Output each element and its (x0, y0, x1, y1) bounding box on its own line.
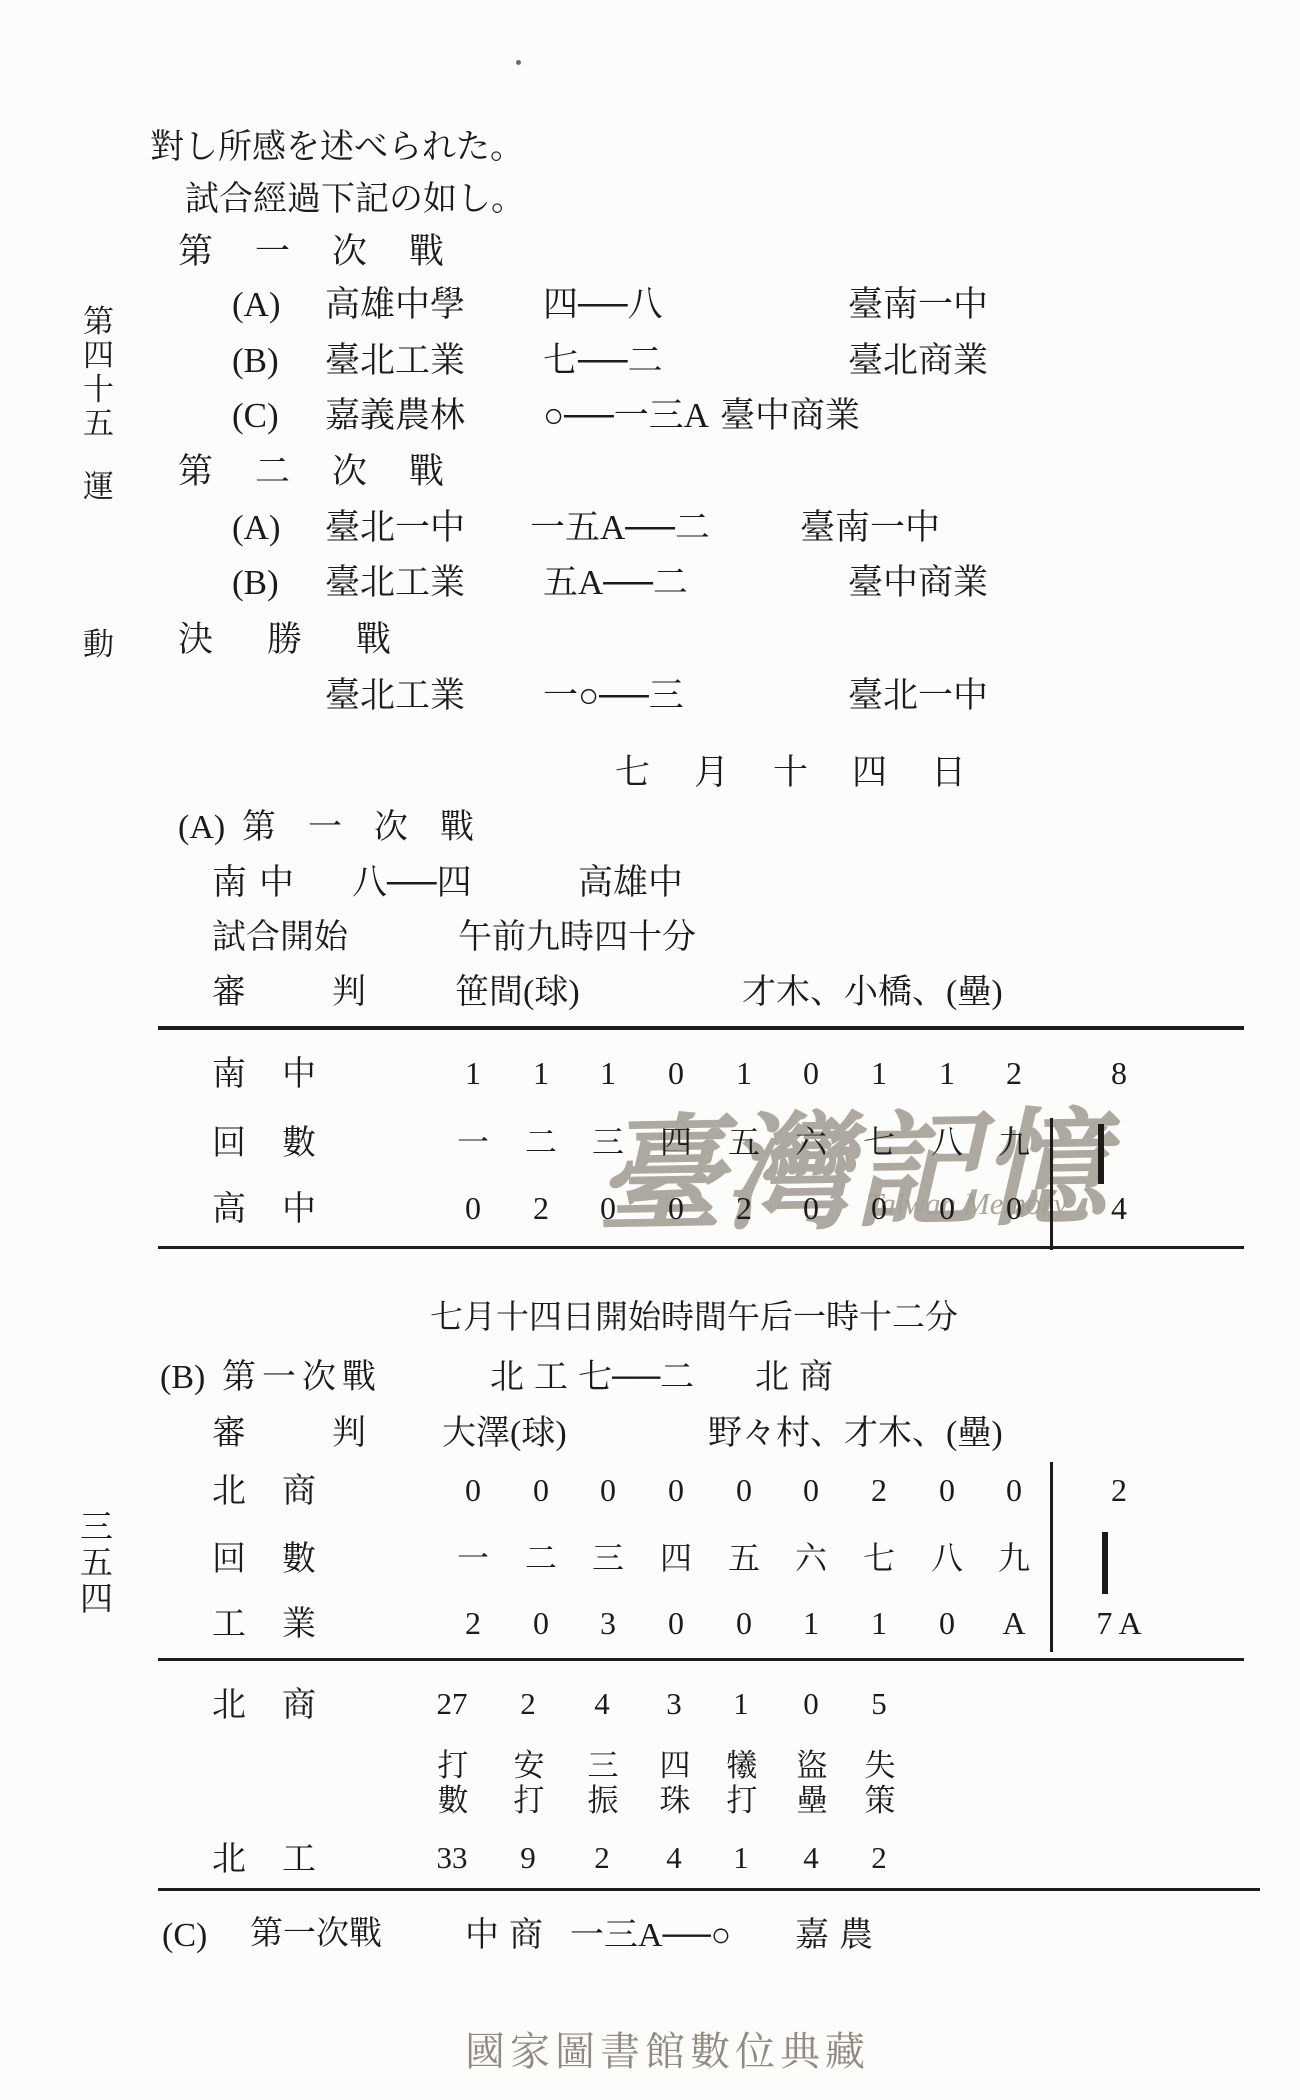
row-total: 4 (1076, 1190, 1162, 1227)
rule-above-table-a (158, 1026, 1244, 1030)
umpire-bases: 野々村、才木、(壘) (708, 1414, 1003, 1453)
inning-cell: 0 (580, 1190, 636, 1227)
game-c-label: (C) (162, 1916, 207, 1955)
stat-cell: 2 (570, 1840, 634, 1876)
row-name: 北工 (212, 1840, 352, 1879)
inning-cell: 五 (716, 1540, 772, 1577)
inning-cell: 1 (851, 1055, 907, 1092)
rule-below-stats (158, 1888, 1260, 1891)
inning-cell: 0 (783, 1055, 839, 1092)
umpire-plate: 笹間(球) (455, 973, 580, 1012)
inning-cell: 四 (648, 1124, 704, 1161)
match-team2: 臺中商業 (848, 563, 988, 603)
inning-cell: 一 (445, 1540, 501, 1577)
row-total: 8 (1076, 1055, 1162, 1092)
game-a-heading: 第一次戰 (242, 808, 506, 847)
table-b-row-bottom: 工業 2 0 3 0 0 1 1 0 A 7 A (0, 1605, 1300, 1647)
stat-cell: 1 (709, 1840, 773, 1876)
table-a-row-innings: 回數 一 二 三 四 五 六 七 八 九 (0, 1124, 1300, 1166)
match-team1: 臺北一中 (325, 508, 465, 548)
stat-cell: 4 (642, 1840, 706, 1876)
match-team2: 臺北商業 (848, 341, 988, 381)
umpire-label-1: 審 (212, 973, 246, 1012)
match-team1: 高雄中學 (325, 285, 465, 325)
game-c-heading: 第一次戰 (250, 1916, 382, 1954)
date-heading: 七月十四日 (615, 753, 1010, 793)
match-label: (A) (232, 285, 281, 325)
row-name: 北商 (212, 1686, 352, 1725)
start-value: 午前九時四十分 (458, 918, 696, 957)
inning-cell: 0 (986, 1472, 1042, 1509)
match-team2: 臺南一中 (848, 285, 988, 325)
match-team2: 臺中商業 (720, 396, 860, 436)
inning-cell: 0 (580, 1472, 636, 1509)
match-row-r1a: (A) 高雄中學 四──八 臺南一中 (0, 285, 1300, 327)
inning-cell: 一 (445, 1124, 501, 1161)
stat-header: 打數 (434, 1748, 472, 1818)
match-row-r1c: (C) 嘉義農林 ○──一三A 臺中商業 (0, 396, 1300, 438)
inning-cell: 0 (851, 1190, 907, 1227)
match-team2: 臺南一中 (800, 508, 940, 548)
result-score: 八──四 (352, 863, 472, 903)
inning-cell: 3 (580, 1605, 636, 1642)
inning-cell: 0 (445, 1190, 501, 1227)
inning-cell: 0 (648, 1190, 704, 1227)
match-team2: 臺北一中 (848, 676, 988, 716)
rule-below-table-a (158, 1246, 1244, 1249)
match-score: 五A──二 (543, 563, 688, 603)
scanned-document-page: 第四十五 運 動 三五四 臺灣記憶 Taiwan Memory 對し所感を述べら… (0, 0, 1300, 2100)
stat-cell: 4 (570, 1686, 634, 1722)
inning-cell: 五 (716, 1124, 772, 1161)
match-team1: 臺北工業 (325, 563, 465, 603)
intro-line-1: 對し所感を述べられた。 (150, 128, 524, 167)
margin-volume-label-mid: 運 (80, 470, 117, 504)
inning-cell: 七 (851, 1540, 907, 1577)
inning-cell: 1 (513, 1055, 569, 1092)
inning-cell: 0 (716, 1605, 772, 1642)
result-team2: 北商 (755, 1358, 843, 1397)
inning-cell: A (986, 1605, 1042, 1642)
stat-cell: 1 (709, 1686, 773, 1722)
inning-cell: 0 (783, 1190, 839, 1227)
stat-header: 失策 (861, 1748, 899, 1818)
start-label: 試合開始 (212, 918, 348, 957)
table-a-innings-total-bar (1098, 1124, 1104, 1184)
match-row-r2a: (A) 臺北一中 一五A──二 臺南一中 (0, 508, 1300, 550)
game-a-label: (A) (178, 808, 225, 847)
inning-cell: 七 (851, 1124, 907, 1161)
match-score: 四──八 (543, 285, 663, 325)
inning-cell: 0 (445, 1472, 501, 1509)
inning-cell: 八 (919, 1540, 975, 1577)
inning-cell: 九 (986, 1124, 1042, 1161)
inning-cell: 2 (513, 1190, 569, 1227)
result-team2: 嘉農 (795, 1916, 883, 1955)
result-team1: 南中 (212, 863, 306, 903)
inning-cell: 0 (986, 1190, 1042, 1227)
inning-cell: 2 (986, 1055, 1042, 1092)
inning-cell: 六 (783, 1540, 839, 1577)
stat-header: 犧打 (723, 1748, 761, 1818)
result-score: 七──二 (578, 1358, 694, 1397)
ink-dot (516, 60, 521, 65)
archive-footer: 國家圖書館數位典藏 (465, 2020, 870, 2077)
match-team1: 嘉義農林 (325, 396, 465, 436)
inning-cell: 1 (580, 1055, 636, 1092)
stat-header: 四珠 (656, 1748, 694, 1818)
table-a-row-bottom: 高中 0 2 0 0 2 0 0 0 0 4 (0, 1190, 1300, 1232)
result-team2: 高雄中 (578, 863, 683, 903)
stat-cell: 2 (496, 1686, 560, 1722)
inning-cell: 2 (445, 1605, 501, 1642)
row-name: 北商 (212, 1472, 352, 1511)
inning-cell: 0 (648, 1472, 704, 1509)
inning-cell: 二 (513, 1540, 569, 1577)
table-b-innings-total-bar (1102, 1532, 1108, 1594)
result-team1: 中商 (465, 1916, 553, 1955)
inning-cell: 2 (716, 1190, 772, 1227)
inning-cell: 二 (513, 1124, 569, 1161)
umpire-label-2: 判 (332, 1414, 366, 1453)
result-team1: 北工 (490, 1358, 578, 1397)
game-b-heading: 第一次戰 (222, 1358, 382, 1397)
match-score: 七──二 (543, 341, 663, 381)
result-score: 一三A──○ (570, 1916, 731, 1955)
row-name: 工業 (212, 1605, 352, 1644)
stats-header-row: 打數 安打 三振 四珠 犧打 盜壘 失策 (0, 1748, 1300, 1822)
row-name: 回數 (212, 1540, 352, 1579)
inning-cell: 0 (919, 1472, 975, 1509)
match-label: (B) (232, 341, 279, 381)
inning-cell: 1 (716, 1055, 772, 1092)
game-b-label: (B) (160, 1358, 205, 1397)
inning-cell: 1 (445, 1055, 501, 1092)
inning-cell: 八 (919, 1124, 975, 1161)
umpire-plate: 大澤(球) (442, 1414, 567, 1453)
table-a-total-divider (1050, 1118, 1053, 1250)
stats-row-bottom: 北工 33 9 2 4 1 4 2 (0, 1840, 1300, 1880)
match-score: ○──一三A (543, 396, 709, 436)
round1-heading: 第一次戰 (178, 232, 486, 272)
stat-header: 安打 (510, 1748, 548, 1818)
row-name: 南中 (212, 1055, 352, 1094)
row-total: 7 A (1076, 1605, 1162, 1642)
inning-cell: 0 (783, 1472, 839, 1509)
row-total: 2 (1076, 1472, 1162, 1509)
stat-cell: 0 (779, 1686, 843, 1722)
match-label: (B) (232, 563, 279, 603)
stats-row-top: 北商 27 2 4 3 1 0 5 (0, 1686, 1300, 1726)
inning-cell: 0 (919, 1190, 975, 1227)
match-row-r2b: (B) 臺北工業 五A──二 臺中商業 (0, 563, 1300, 605)
inning-cell: 0 (648, 1605, 704, 1642)
umpire-label-1: 審 (212, 1414, 246, 1453)
stat-cell: 4 (779, 1840, 843, 1876)
row-name: 高中 (212, 1190, 352, 1229)
stat-header: 三振 (584, 1748, 622, 1818)
final-heading: 決勝戰 (178, 620, 445, 660)
inning-cell: 0 (513, 1472, 569, 1509)
match-team1: 臺北工業 (325, 341, 465, 381)
inning-cell: 0 (648, 1055, 704, 1092)
match-label: (C) (232, 396, 279, 436)
inning-cell: 2 (851, 1472, 907, 1509)
table-b-total-divider (1050, 1462, 1053, 1652)
umpire-label-2: 判 (332, 973, 366, 1012)
inning-cell: 1 (919, 1055, 975, 1092)
stat-header: 盜壘 (793, 1748, 831, 1818)
match-score: 一○──三 (543, 676, 684, 716)
inning-cell: 九 (986, 1540, 1042, 1577)
rule-below-table-b (158, 1658, 1244, 1661)
inning-cell: 0 (919, 1605, 975, 1642)
stat-cell: 3 (642, 1686, 706, 1722)
stat-cell: 2 (847, 1840, 911, 1876)
intro-line-2: 試合經過下記の如し。 (185, 180, 525, 219)
inning-cell: 六 (783, 1124, 839, 1161)
game-b-date-line: 七月十四日開始時間午后一時十二分 (430, 1300, 958, 1338)
row-name: 回數 (212, 1124, 352, 1163)
table-b-row-top: 北商 0 0 0 0 0 0 2 0 0 2 (0, 1472, 1300, 1514)
stat-cell: 5 (847, 1686, 911, 1722)
inning-cell: 1 (851, 1605, 907, 1642)
match-team1: 臺北工業 (325, 676, 465, 716)
inning-cell: 0 (513, 1605, 569, 1642)
stat-cell: 27 (420, 1686, 484, 1722)
stat-cell: 33 (420, 1840, 484, 1876)
inning-cell: 四 (648, 1540, 704, 1577)
inning-cell: 三 (580, 1540, 636, 1577)
match-row-final: 臺北工業 一○──三 臺北一中 (0, 676, 1300, 718)
inning-cell: 0 (716, 1472, 772, 1509)
stat-cell: 9 (496, 1840, 560, 1876)
inning-cell: 1 (783, 1605, 839, 1642)
match-row-r1b: (B) 臺北工業 七──二 臺北商業 (0, 341, 1300, 383)
margin-volume-label-bot: 動 (80, 628, 117, 662)
inning-cell: 三 (580, 1124, 636, 1161)
umpire-bases: 才木、小橋、(壘) (742, 973, 1003, 1012)
match-label: (A) (232, 508, 281, 548)
table-a-row-top: 南中 1 1 1 0 1 0 1 1 2 8 (0, 1055, 1300, 1097)
round2-heading: 第二次戰 (178, 452, 486, 492)
match-score: 一五A──二 (530, 508, 710, 548)
